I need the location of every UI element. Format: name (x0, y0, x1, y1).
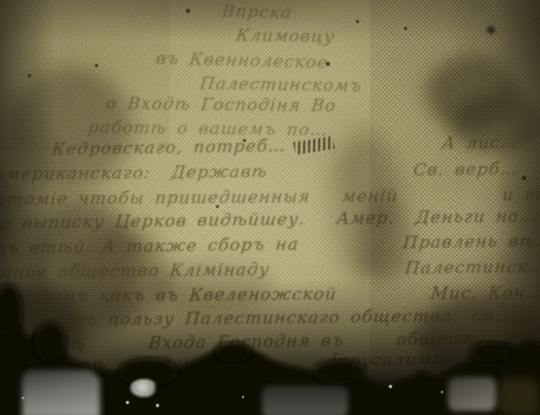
glint-dot (242, 396, 244, 398)
burnt-edge (0, 0, 540, 415)
reflection-highlight (130, 379, 158, 397)
glint-dot (441, 391, 443, 393)
glint-dot (389, 385, 392, 388)
manuscript-photo: Впрска Климовцу въ Квеннолеское Палестин… (0, 0, 540, 415)
reflection-patch (22, 370, 100, 415)
glint-dot (22, 397, 24, 399)
reflection-patch (262, 386, 348, 415)
reflection-patch (448, 377, 496, 411)
char-blob (314, 360, 366, 384)
char-blob (470, 342, 510, 362)
glint-dot (126, 401, 129, 404)
char-blob (34, 322, 66, 362)
char-blob (215, 342, 251, 362)
glint-dot (156, 404, 159, 407)
corner-ember-glow (498, 378, 540, 415)
